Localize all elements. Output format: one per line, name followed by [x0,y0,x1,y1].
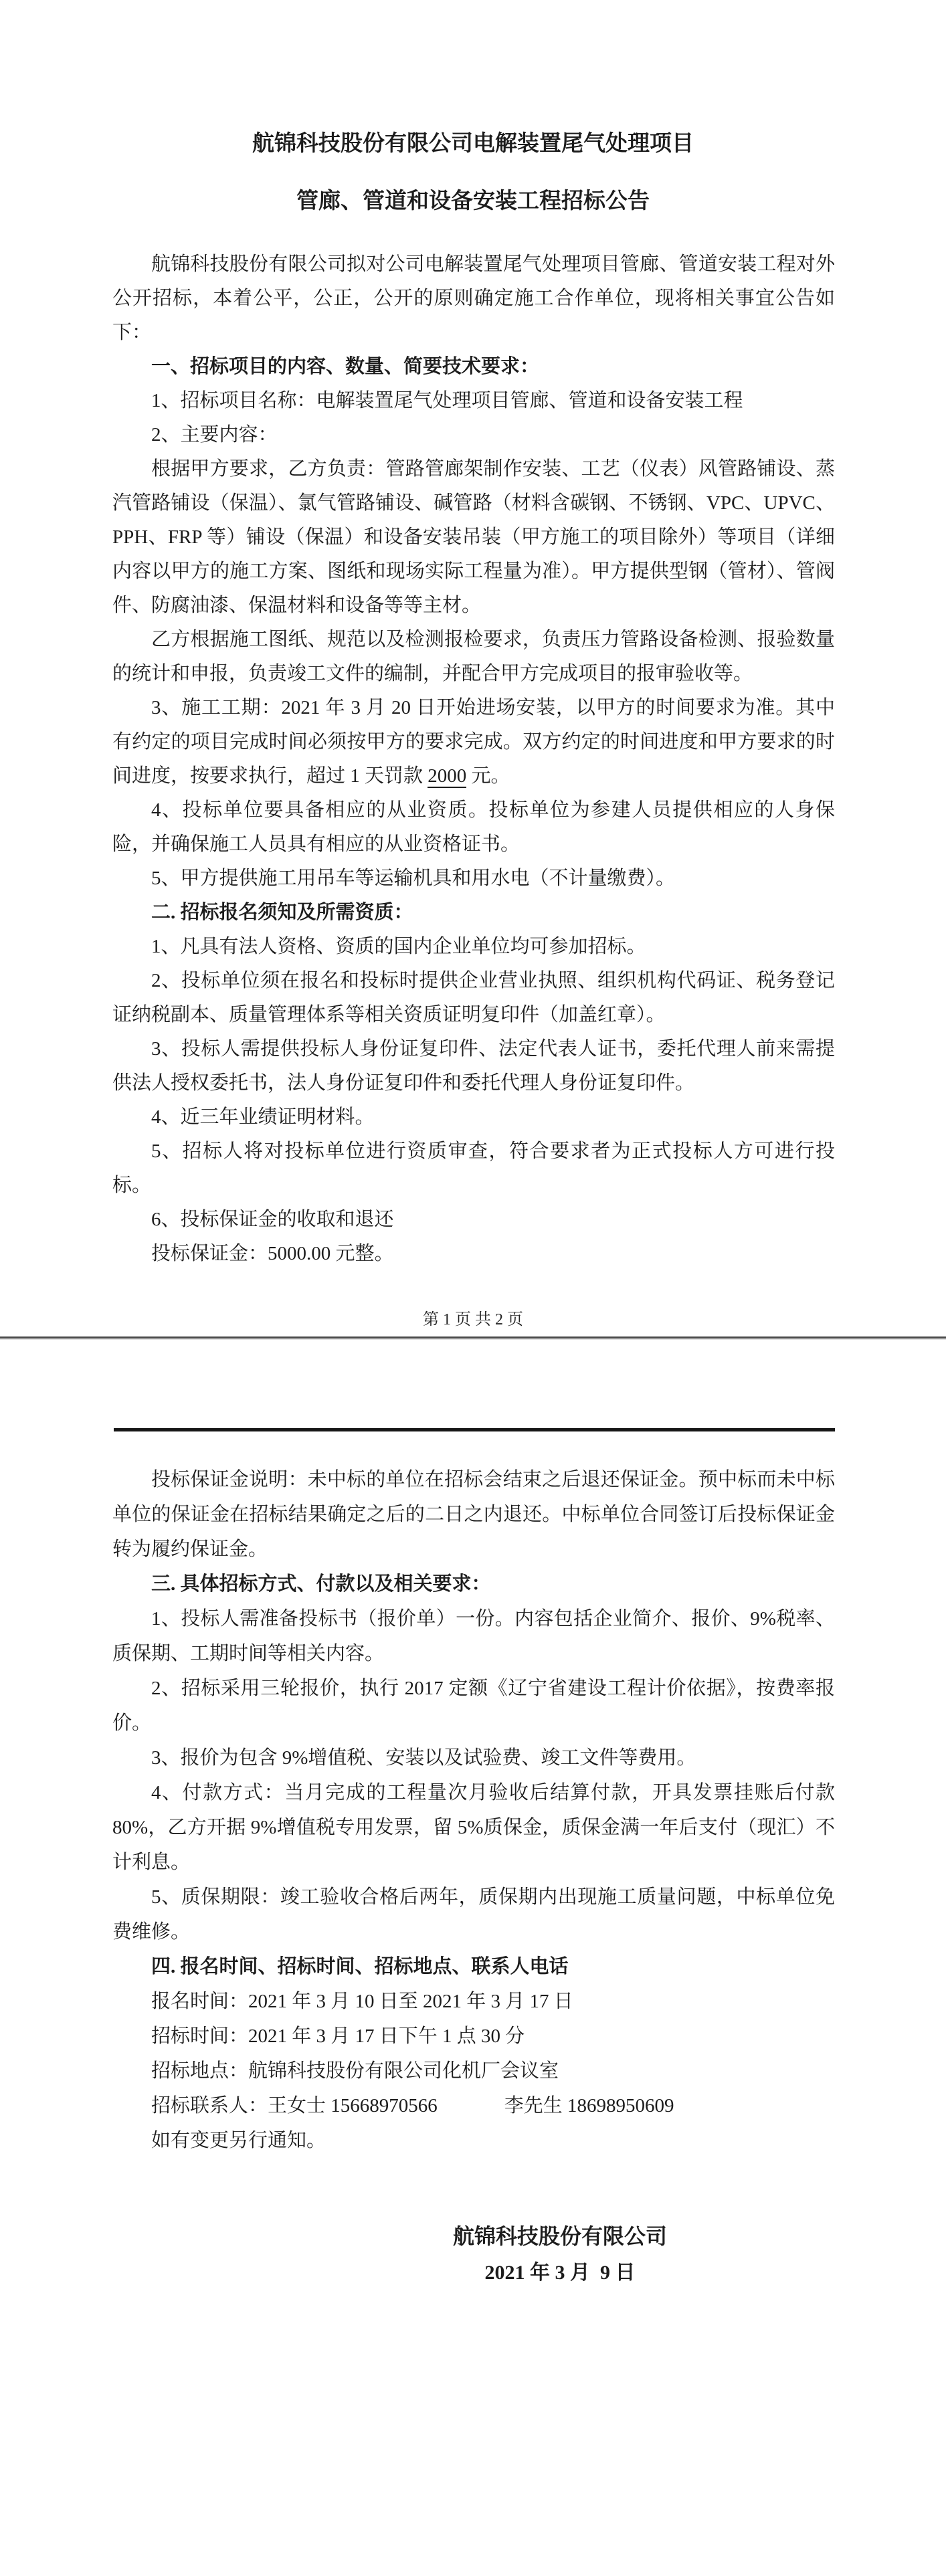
section1-item-schedule: 3、施工工期：2021 年 3 月 20 日开始进场安装，以甲方的时间要求为准。… [112,691,835,793]
document-title-line-2: 管廊、管道和设备安装工程招标公告 [0,173,946,230]
section2-item-track-record: 4、近三年业绩证明材料。 [112,1100,835,1134]
signature-company: 航锦科技股份有限公司 [392,2217,728,2256]
section4-heading: 四. 报名时间、招标时间、招标地点、联系人电话 [112,1949,835,1984]
registration-time-line: 报名时间：2021 年 3 月 10 日至 2021 年 3 月 17 日 [112,1984,835,2019]
section3-item-warranty: 5、质保期限：竣工验收合格后两年，质保期内出现施工质量问题，中标单位免费维修。 [112,1880,835,1949]
page2-body: 投标保证金说明：未中标的单位在招标会结束之后退还保证金。预中标而未中标单位的保证… [112,1462,835,2158]
page-number-footer: 第 1 页 共 2 页 [0,1310,946,1330]
document-page-2: 投标保证金说明：未中标的单位在招标会结束之后退还保证金。预中标而未中标单位的保证… [0,1340,946,2576]
section2-item-eligibility: 1、凡具有法人资格、资质的国内企业单位均可参加招标。 [112,930,835,964]
bidding-time-line: 招标时间：2021 年 3 月 17 日下午 1 点 30 分 [112,2019,835,2054]
section2-item-id-documents: 3、投标人需提供投标人身份证复印件、法定代表人证书，委托代理人前来需提供法人授权… [112,1032,835,1100]
page2-header-rule [114,1428,835,1431]
bidding-place-line: 招标地点：航锦科技股份有限公司化机厂会议室 [112,2054,835,2088]
section1-item-project-name: 1、招标项目名称：电解装置尾气处理项目管廊、管道和设备安装工程 [112,384,835,418]
contact-line: 招标联系人：王女士 15668970566李先生 18698950609 [112,2088,835,2123]
penalty-amount-underlined: 2000 [428,765,466,788]
contact-person-1: 王女士 15668970566 [268,2095,438,2116]
section1-item-qualification: 4、投标单位要具备相应的从业资质。投标单位为参建人员提供相应的人身保险，并确保施… [112,793,835,862]
section1-scope-paragraph: 根据甲方要求，乙方负责：管路管廊架制作安装、工艺（仪表）风管路铺设、蒸汽管路铺设… [112,452,835,623]
section2-item-review: 5、招标人将对投标单位进行资质审查，符合要求者为正式投标人方可进行投标。 [112,1134,835,1203]
section1-item-main-content: 2、主要内容： [112,418,835,452]
section1-item-utilities: 5、甲方提供施工用吊车等运输机具和用水电（不计量缴费）。 [112,862,835,896]
schedule-text-after: 元。 [466,765,510,787]
deposit-note-paragraph: 投标保证金说明：未中标的单位在招标会结束之后退还保证金。预中标而未中标单位的保证… [112,1462,835,1567]
change-notice-line: 如有变更另行通知。 [112,2123,835,2158]
section3-item-three-rounds: 2、招标采用三轮报价，执行 2017 定额《辽宁省建设工程计价依据》，按费率报价… [112,1671,835,1741]
section1-heading: 一、招标项目的内容、数量、简要技术要求： [112,350,835,384]
section3-item-bid-document: 1、投标人需准备投标书（报价单）一份。内容包括企业简介、报价、9%税率、质保期、… [112,1601,835,1671]
section2-deposit-amount: 投标保证金：5000.00 元整。 [112,1237,835,1271]
section3-item-price-includes: 3、报价为包含 9%增值税、安装以及试验费、竣工文件等费用。 [112,1741,835,1775]
section3-heading: 三. 具体招标方式、付款以及相关要求： [112,1567,835,1601]
document-title-line-1: 航锦科技股份有限公司电解装置尾气处理项目 [0,115,946,173]
contact-label: 招标联系人： [151,2095,268,2116]
page1-body: 航锦科技股份有限公司拟对公司电解装置尾气处理项目管廊、管道安装工程对外公开招标，… [112,247,835,1271]
signature-date: 2021 年 3 月 9 日 [392,2256,728,2290]
section2-heading: 二. 招标报名须知及所需资质： [112,896,835,930]
section1-inspection-paragraph: 乙方根据施工图纸、规范以及检测报检要求，负责压力管路设备检测、报验数量的统计和申… [112,623,835,691]
section3-item-payment-terms: 4、付款方式：当月完成的工程量次月验收后结算付款，开具发票挂账后付款 80%，乙… [112,1775,835,1880]
section2-item-deposit: 6、投标保证金的收取和退还 [112,1203,835,1237]
document-title: 航锦科技股份有限公司电解装置尾气处理项目 管廊、管道和设备安装工程招标公告 [0,115,946,230]
contact-person-2: 李先生 18698950609 [504,2095,674,2116]
signature-block: 航锦科技股份有限公司 2021 年 3 月 9 日 [392,2217,728,2290]
intro-paragraph: 航锦科技股份有限公司拟对公司电解装置尾气处理项目管廊、管道安装工程对外公开招标，… [112,247,835,350]
document-page-1: 航锦科技股份有限公司电解装置尾气处理项目 管廊、管道和设备安装工程招标公告 航锦… [0,0,946,1336]
section2-item-licenses: 2、投标单位须在报名和投标时提供企业营业执照、组织机构代码证、税务登记证纳税副本… [112,964,835,1032]
